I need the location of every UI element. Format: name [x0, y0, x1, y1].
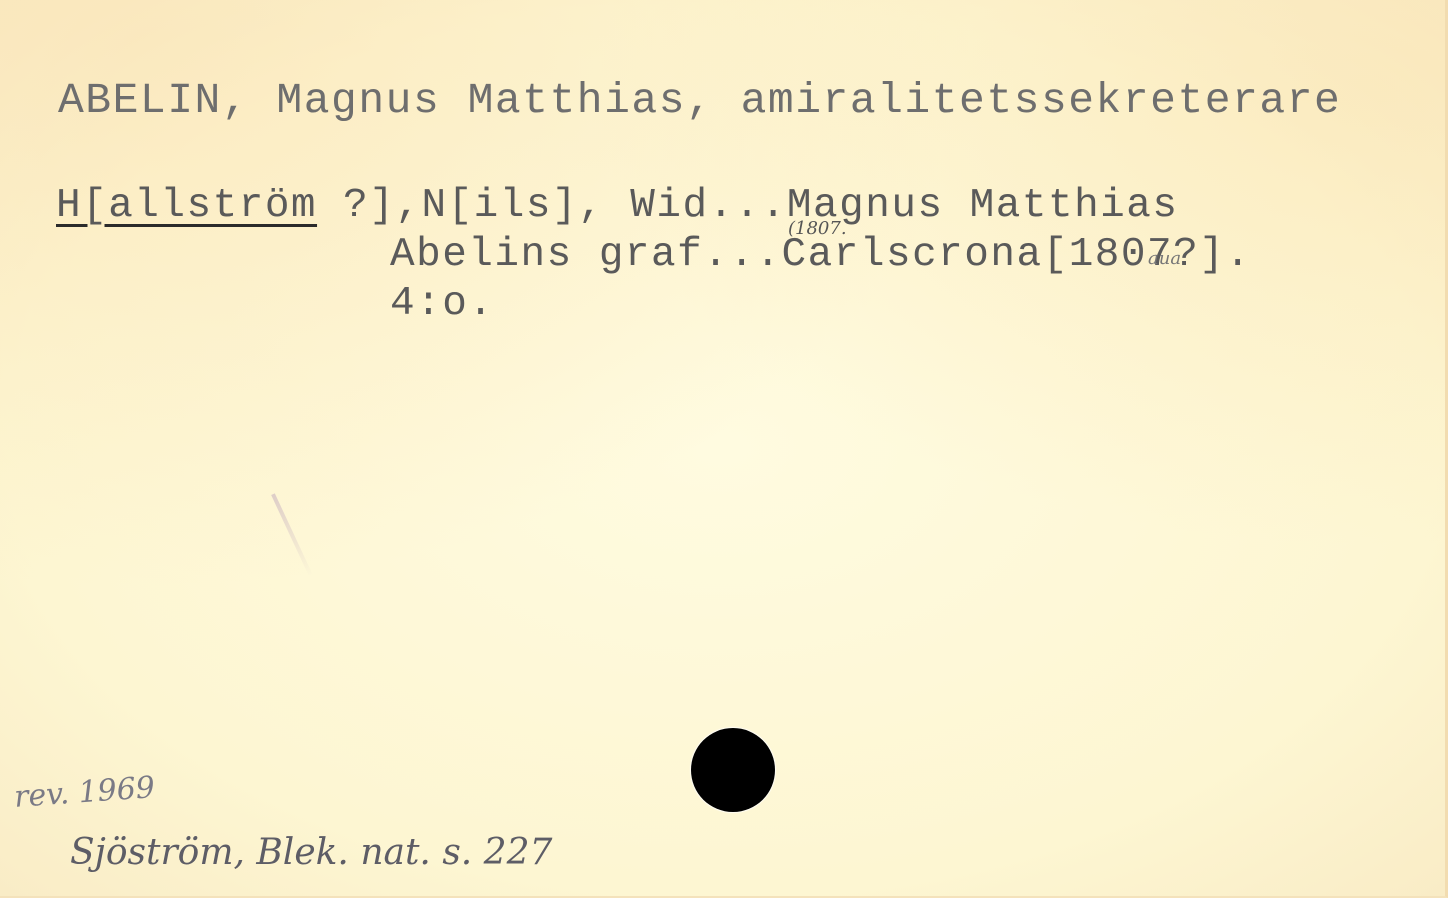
catalog-card: ABELIN, Magnus Matthias, amiralitetssekr…: [0, 0, 1448, 898]
handwritten-place-insert: aua: [1148, 248, 1181, 269]
handwritten-year-insert: (1807.: [788, 218, 847, 239]
pencil-smudge: [271, 493, 313, 576]
entry-line-1: H[allström ?],N[ils], Wid...Magnus Matth…: [56, 183, 1178, 229]
punch-hole: [691, 728, 775, 812]
entry-line-1-rest: ?],N[ils], Wid...Magnus Matthias: [317, 183, 1178, 229]
entry-format: 4:o.: [390, 281, 494, 327]
author-name: H[allström: [56, 183, 317, 229]
source-note: Sjöström, Blek. nat. s. 227: [70, 832, 552, 873]
card-heading: ABELIN, Magnus Matthias, amiralitetssekr…: [58, 76, 1341, 125]
revision-note: rev. 1969: [13, 770, 156, 815]
